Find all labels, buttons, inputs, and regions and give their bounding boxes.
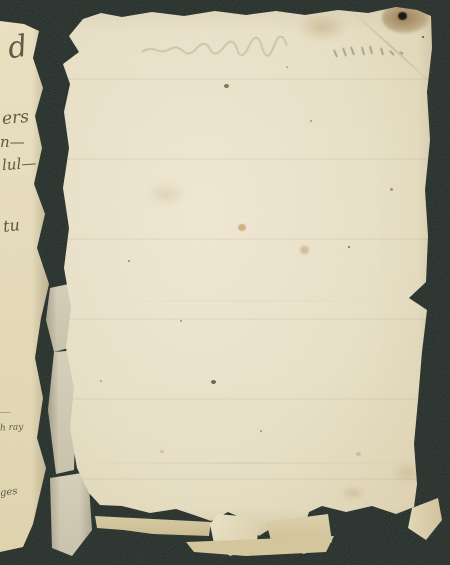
handwriting-fragment: n— [0, 133, 25, 151]
handwriting-fragment: lul— [1, 154, 36, 174]
handwriting-fragment: h ray [0, 422, 24, 433]
handwriting-fragment: ers [1, 107, 30, 129]
handwriting-fragment: tu [2, 215, 21, 236]
handwriting-fragment: ges [0, 486, 18, 499]
handwriting-fragment: d [5, 29, 29, 67]
photographed-manuscript-scene: d ers n— lul— tu –––– h ray ges [0, 0, 450, 565]
handwriting-fragment: –––– [0, 408, 10, 416]
